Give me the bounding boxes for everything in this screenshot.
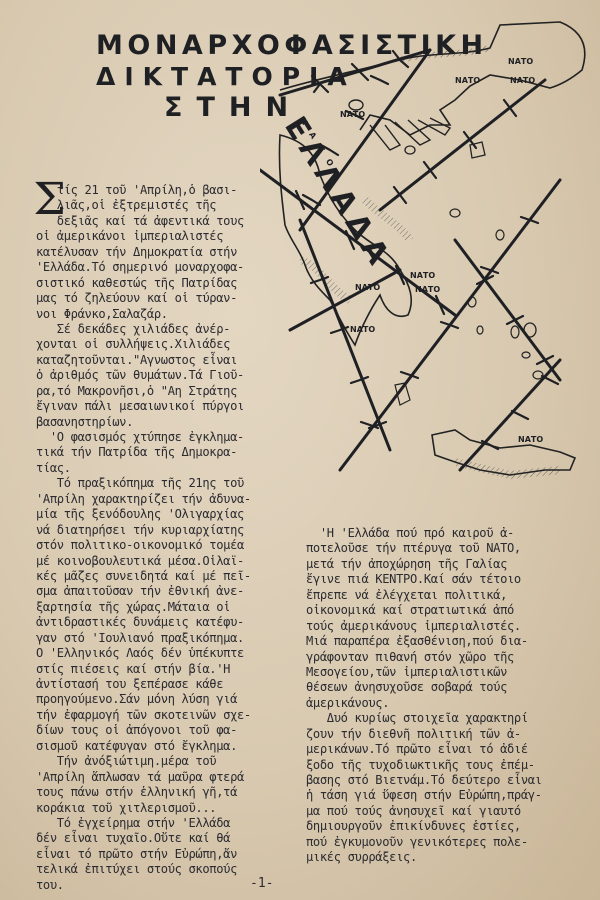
text-line: βασανηστηρίων.	[36, 415, 251, 430]
text-line: Τήν ἀνόξιώτιμη.μέρα τοῦ	[36, 754, 251, 769]
document-page: ΜΟΝΑΡΧΟΦΑΣΙΣΤΙΚΗ ΔΙΚΤΑΤΟΡΙΑ ΣΤΗΝ	[0, 0, 600, 900]
text-line: βασης στό Βιετνάμ.Τό δεύτερο εἶναι	[306, 773, 542, 788]
text-line: δημιουργοῦν ἐπικίνδυνες ἑστίες,	[306, 819, 542, 834]
text-line: στίς πιέσεις καί στήν βία.'Η	[36, 662, 251, 677]
text-line: μα πού τούς ἀνησυχεῖ καί γιαυτό	[306, 804, 542, 819]
text-line: τίς 21 τοῦ 'Απρίλη,ὁ βασι-	[36, 183, 251, 198]
text-line: μας τό ζηλεύουν καί οἱ τύραν-	[36, 291, 251, 306]
text-line: νά διατηρήσει τήν κυριαρχίατης	[36, 523, 251, 538]
text-line: γαν στό 'Ιουλιανό πραξικόπημα.	[36, 631, 251, 646]
text-line: 'Απρίλη χαρακτηρίζει τήν ἀδυνα-	[36, 492, 251, 507]
text-line: 'Ο φασισμός χτύπησε ἐγκλημα-	[36, 430, 251, 445]
text-line: Μεσογείου,τῶν ἰμπεριαλιστικῶν	[306, 665, 542, 680]
svg-text:ΝΑΤΟ: ΝΑΤΟ	[355, 283, 380, 292]
text-line: λιᾶς,οἱ ἐξτρεμιστές τῆς	[36, 198, 251, 213]
text-line: ρα,τό Μακρονῆσι,ὁ "Αη Στράτης	[36, 384, 251, 399]
text-line: σισμοῦ κατέφυγαν στό ἔγκλημα.	[36, 739, 251, 754]
svg-text:ΝΑΤΟ: ΝΑΤΟ	[518, 435, 543, 444]
left-column-text: τίς 21 τοῦ 'Απρίλη,ὁ βασι- λιᾶς,οἱ ἐξτρε…	[36, 183, 251, 893]
text-line: δέν εἶναι τυχαῖο.Οὔτε καί θά	[36, 831, 251, 846]
text-line: χονται οἱ συλλήψεις.Χιλιάδες	[36, 337, 251, 352]
text-line: Μιά παραπέρα ἐξασθένιση,πού δια-	[306, 634, 542, 649]
text-line: 'Ελλάδα.Τό σημερινό μοναρχοφα-	[36, 260, 251, 275]
text-line: ἀντίστασή του ξεπέρασε κάθε	[36, 677, 251, 692]
text-line: ἔγινε πιά ΚΕΝΤΡΟ.Καί σάν τέτοιο	[306, 572, 542, 587]
text-line: ἔγιναν πάλι μεσαιωνικοί πύργοι	[36, 399, 251, 414]
svg-text:ΝΑΤΟ: ΝΑΤΟ	[340, 110, 365, 119]
svg-text:ΝΑΤΟ: ΝΑΤΟ	[350, 325, 375, 334]
text-line: κατέλυσαν τήν Δημοκρατία στήν	[36, 245, 251, 260]
text-line: δεξιᾶς καί τά ἀφεντικά τους	[36, 214, 251, 229]
svg-text:ΝΑΤΟ: ΝΑΤΟ	[455, 76, 480, 85]
svg-text:ΝΑΤΟ: ΝΑΤΟ	[410, 271, 435, 280]
text-line: ξοδο τῆς τυχοδιωκτικῆς τους ἐπέμ-	[306, 758, 542, 773]
text-line: δίων τους οἱ ἀπόγονοι τοῦ φα-	[36, 723, 251, 738]
greece-barbed-wire-map: ΝΑΤΟ ΝΑΤΟ ΝΑΤΟ ΝΑΤΟ ΝΑΤΟ ΝΑΤΟ ΝΑΤΟ ΝΑΤΟ …	[260, 0, 600, 500]
svg-text:ΝΑΤΟ: ΝΑΤΟ	[415, 285, 440, 294]
text-line: οἰκονομικά καί στρατιωτικά ἀπό	[306, 603, 542, 618]
text-line: στόν πολιτικο-οικονομικό τομέα	[36, 538, 251, 553]
text-line: καταζητοῦνται."Αγνωστος εἶναι	[36, 353, 251, 368]
text-line: ξαρτησία τῆς χώρας.Μάταια οἱ	[36, 600, 251, 615]
text-line: Σέ δεκάδες χιλιάδες ἀνέρ-	[36, 322, 251, 337]
text-line: μία τῆς ξενόδουλης 'Ολιγαρχίας	[36, 507, 251, 522]
text-line: ἡ τάση γιά ὕφεση στήν Εὐρώπη,πράγ-	[306, 788, 542, 803]
text-line: γράφονταν πιθανή στόν χῶρο τῆς	[306, 650, 542, 665]
text-line: Ο 'Ελληνικός Λαός δέν ὑπέκυπτε	[36, 646, 251, 661]
text-line: Τό ἐγχείρημα στήν 'Ελλάδα	[36, 816, 251, 831]
text-line: μετά τήν ἀποχώρηση τῆς Γαλίας	[306, 557, 542, 572]
text-line: 'Η 'Ελλάδα πού πρό καιροῦ ἀ-	[306, 526, 542, 541]
page-number: -1-	[250, 876, 273, 891]
text-line: ἔπρεπε νά ἐλέγχεται πολιτικά,	[306, 588, 542, 603]
text-line: Τό πραξικόπημα τῆς 21ης τοῦ	[36, 476, 251, 491]
right-column-text: 'Η 'Ελλάδα πού πρό καιροῦ ἀ-ποτελοῦσε τή…	[306, 526, 542, 866]
text-line: ποτελοῦσε τήν πτέρυγα τοῦ ΝΑΤΟ,	[306, 541, 542, 556]
svg-text:ΕΛΛΑΔΑ: ΕΛΛΑΔΑ	[277, 111, 398, 276]
text-line: προηγούμενο.Σάν μόνη λύση γιά	[36, 692, 251, 707]
text-line: σιστικό καθεστώς τῆς Πατρίδας	[36, 276, 251, 291]
text-line: εἶναι τό πρῶτο στήν Εὐρώπη,ἄν	[36, 847, 251, 862]
text-line: οἱ ἀμερικάνοι ἰμπεριαλιστές	[36, 229, 251, 244]
text-line: νοι Φράνκο,Σαλαζάρ.	[36, 307, 251, 322]
text-line: μέ κοινοβουλευτικά μέσα.Οἱλαϊ-	[36, 554, 251, 569]
text-line: σμα ἀπαιτοῦσαν τήν ἐθνική ἀνε-	[36, 584, 251, 599]
text-line: ὁ ἀριθμός τῶν θυμάτων.Τά Γιοῦ-	[36, 368, 251, 383]
text-line: κές μᾶζες συνειδητά καί μέ πεῖ-	[36, 569, 251, 584]
text-line: ἀμερικάνους.	[306, 696, 542, 711]
text-line: μικές συρράξεις.	[306, 850, 542, 865]
text-line: τους πάνω στήν ἑλληνική γῆ,τά	[36, 785, 251, 800]
text-line: τελικά ἐπιτύχει στούς σκοπούς	[36, 862, 251, 877]
text-line: μερικάνων.Τό πρῶτο εἶναι τό ἀδιέ	[306, 742, 542, 757]
text-line: πού ἐγκυμονοῦν γενικότερες πολε-	[306, 835, 542, 850]
text-line: 'Απρίλη ἅπλωσαν τά μαῦρα φτερά	[36, 770, 251, 785]
text-line: Δυό κυρίως στοιχεῖα χαρακτηρί	[306, 711, 542, 726]
text-line: του.	[36, 878, 251, 893]
text-line: τίας.	[36, 461, 251, 476]
svg-text:ΝΑΤΟ: ΝΑΤΟ	[508, 57, 533, 66]
text-line: τήν ἐφαρμογή τῶν σκοτεινῶν σχε-	[36, 708, 251, 723]
text-line: ἀντιδραστικές δυνάμεις κατέφυ-	[36, 615, 251, 630]
text-line: κοράκια τοῦ χιτλερισμοῦ...	[36, 801, 251, 816]
text-line: τικά τήν Πατρίδα τῆς Δημοκρα-	[36, 445, 251, 460]
text-line: θέσεων ἀνησυχοῦσε σοβαρά τούς	[306, 680, 542, 695]
text-line: ζουν τήν διεθνῆ πολιτική τῶν ἀ-	[306, 727, 542, 742]
text-line: τούς ἀμερικάνους ἰμπεριαλιστές.	[306, 619, 542, 634]
svg-text:ΝΑΤΟ: ΝΑΤΟ	[510, 76, 535, 85]
